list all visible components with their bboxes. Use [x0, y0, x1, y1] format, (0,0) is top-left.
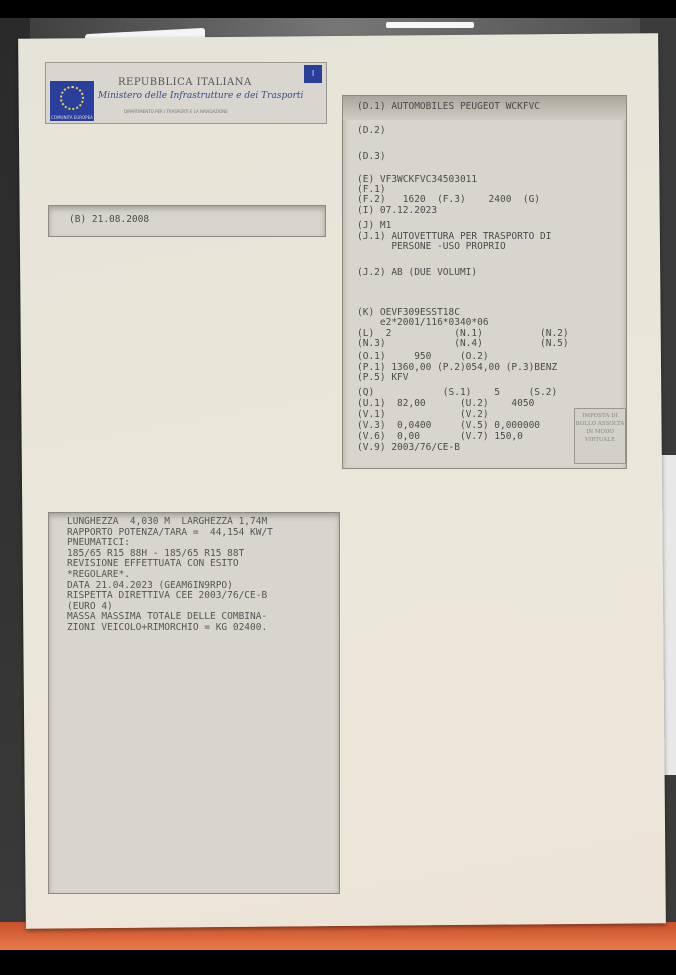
vehicle-field: (J) M1: [357, 221, 391, 231]
vehicle-field: (O.1) 950 (O.2): [357, 352, 489, 362]
note-line: PNEUMATICI:: [67, 538, 130, 548]
vehicle-field: (D.1) AUTOMOBILES PEUGEOT WCKFVC: [357, 102, 540, 112]
vehicle-field: (V.9) 2003/76/CE-B: [357, 443, 460, 453]
country-code-flag-icon: I: [304, 65, 322, 83]
vehicle-field: PERSONE -USO PROPRIO: [357, 242, 506, 252]
vehicle-field: (J.2) AB (DUE VOLUMI): [357, 268, 477, 278]
first-registration-window: (B) 21.08.2008: [48, 205, 326, 237]
note-line: *REGOLARE*.: [67, 570, 130, 580]
vehicle-field: (V.1) (V.2): [357, 410, 489, 420]
eu-stars-icon: [60, 86, 84, 110]
vehicle-field: (V.3) 0,0400 (V.5) 0,000000: [357, 421, 540, 431]
vehicle-field: (Q) (S.1) 5 (S.2): [357, 388, 557, 398]
light-glare: [386, 22, 474, 28]
vehicle-field: (V.6) 0,00 (V.7) 150,0: [357, 432, 523, 442]
department-name: DIPARTIMENTO PER I TRASPORTI E LA NAVIGA…: [124, 109, 228, 114]
stamp-duty-mark: IMPOSTA DI BOLLO ASSOLTA IN MODO VIRTUAL…: [574, 408, 626, 464]
vehicle-field: e2*2001/116*0340*06: [357, 318, 489, 328]
republic-title: REPUBBLICA ITALIANA: [118, 77, 252, 88]
note-line: ZIONI VEICOLO+RIMORCHIO = KG 02400.: [67, 623, 267, 633]
ministry-name: Ministero delle Infrastrutture e dei Tra…: [98, 91, 303, 101]
vehicle-field: (P.5) KFV: [357, 373, 408, 383]
note-line: LUNGHEZZA 4,030 M LARGHEZZA 1,74M: [67, 517, 267, 527]
eu-label: COMUNITA EUROPEA: [50, 115, 94, 120]
note-line: RISPETTA DIRETTIVA CEE 2003/76/CE-B: [67, 591, 267, 601]
vehicle-field: (I) 07.12.2023: [357, 206, 437, 216]
notes-window: LUNGHEZZA 4,030 M LARGHEZZA 1,74MRAPPORT…: [48, 512, 340, 894]
vehicle-field: (D.3): [357, 152, 386, 162]
first-registration-date: (B) 21.08.2008: [69, 215, 149, 225]
eu-flag-icon: COMUNITA EUROPEA: [50, 81, 94, 121]
vehicle-field: (N.3) (N.4) (N.5): [357, 339, 569, 349]
document-header: COMUNITA EUROPEA I REPUBBLICA ITALIANA M…: [45, 62, 327, 124]
vehicle-field: (U.1) 82,00 (U.2) 4050: [357, 399, 534, 409]
vehicle-field: (D.2): [357, 126, 386, 136]
vehicle-field: (F.2) 1620 (F.3) 2400 (G): [357, 195, 540, 205]
